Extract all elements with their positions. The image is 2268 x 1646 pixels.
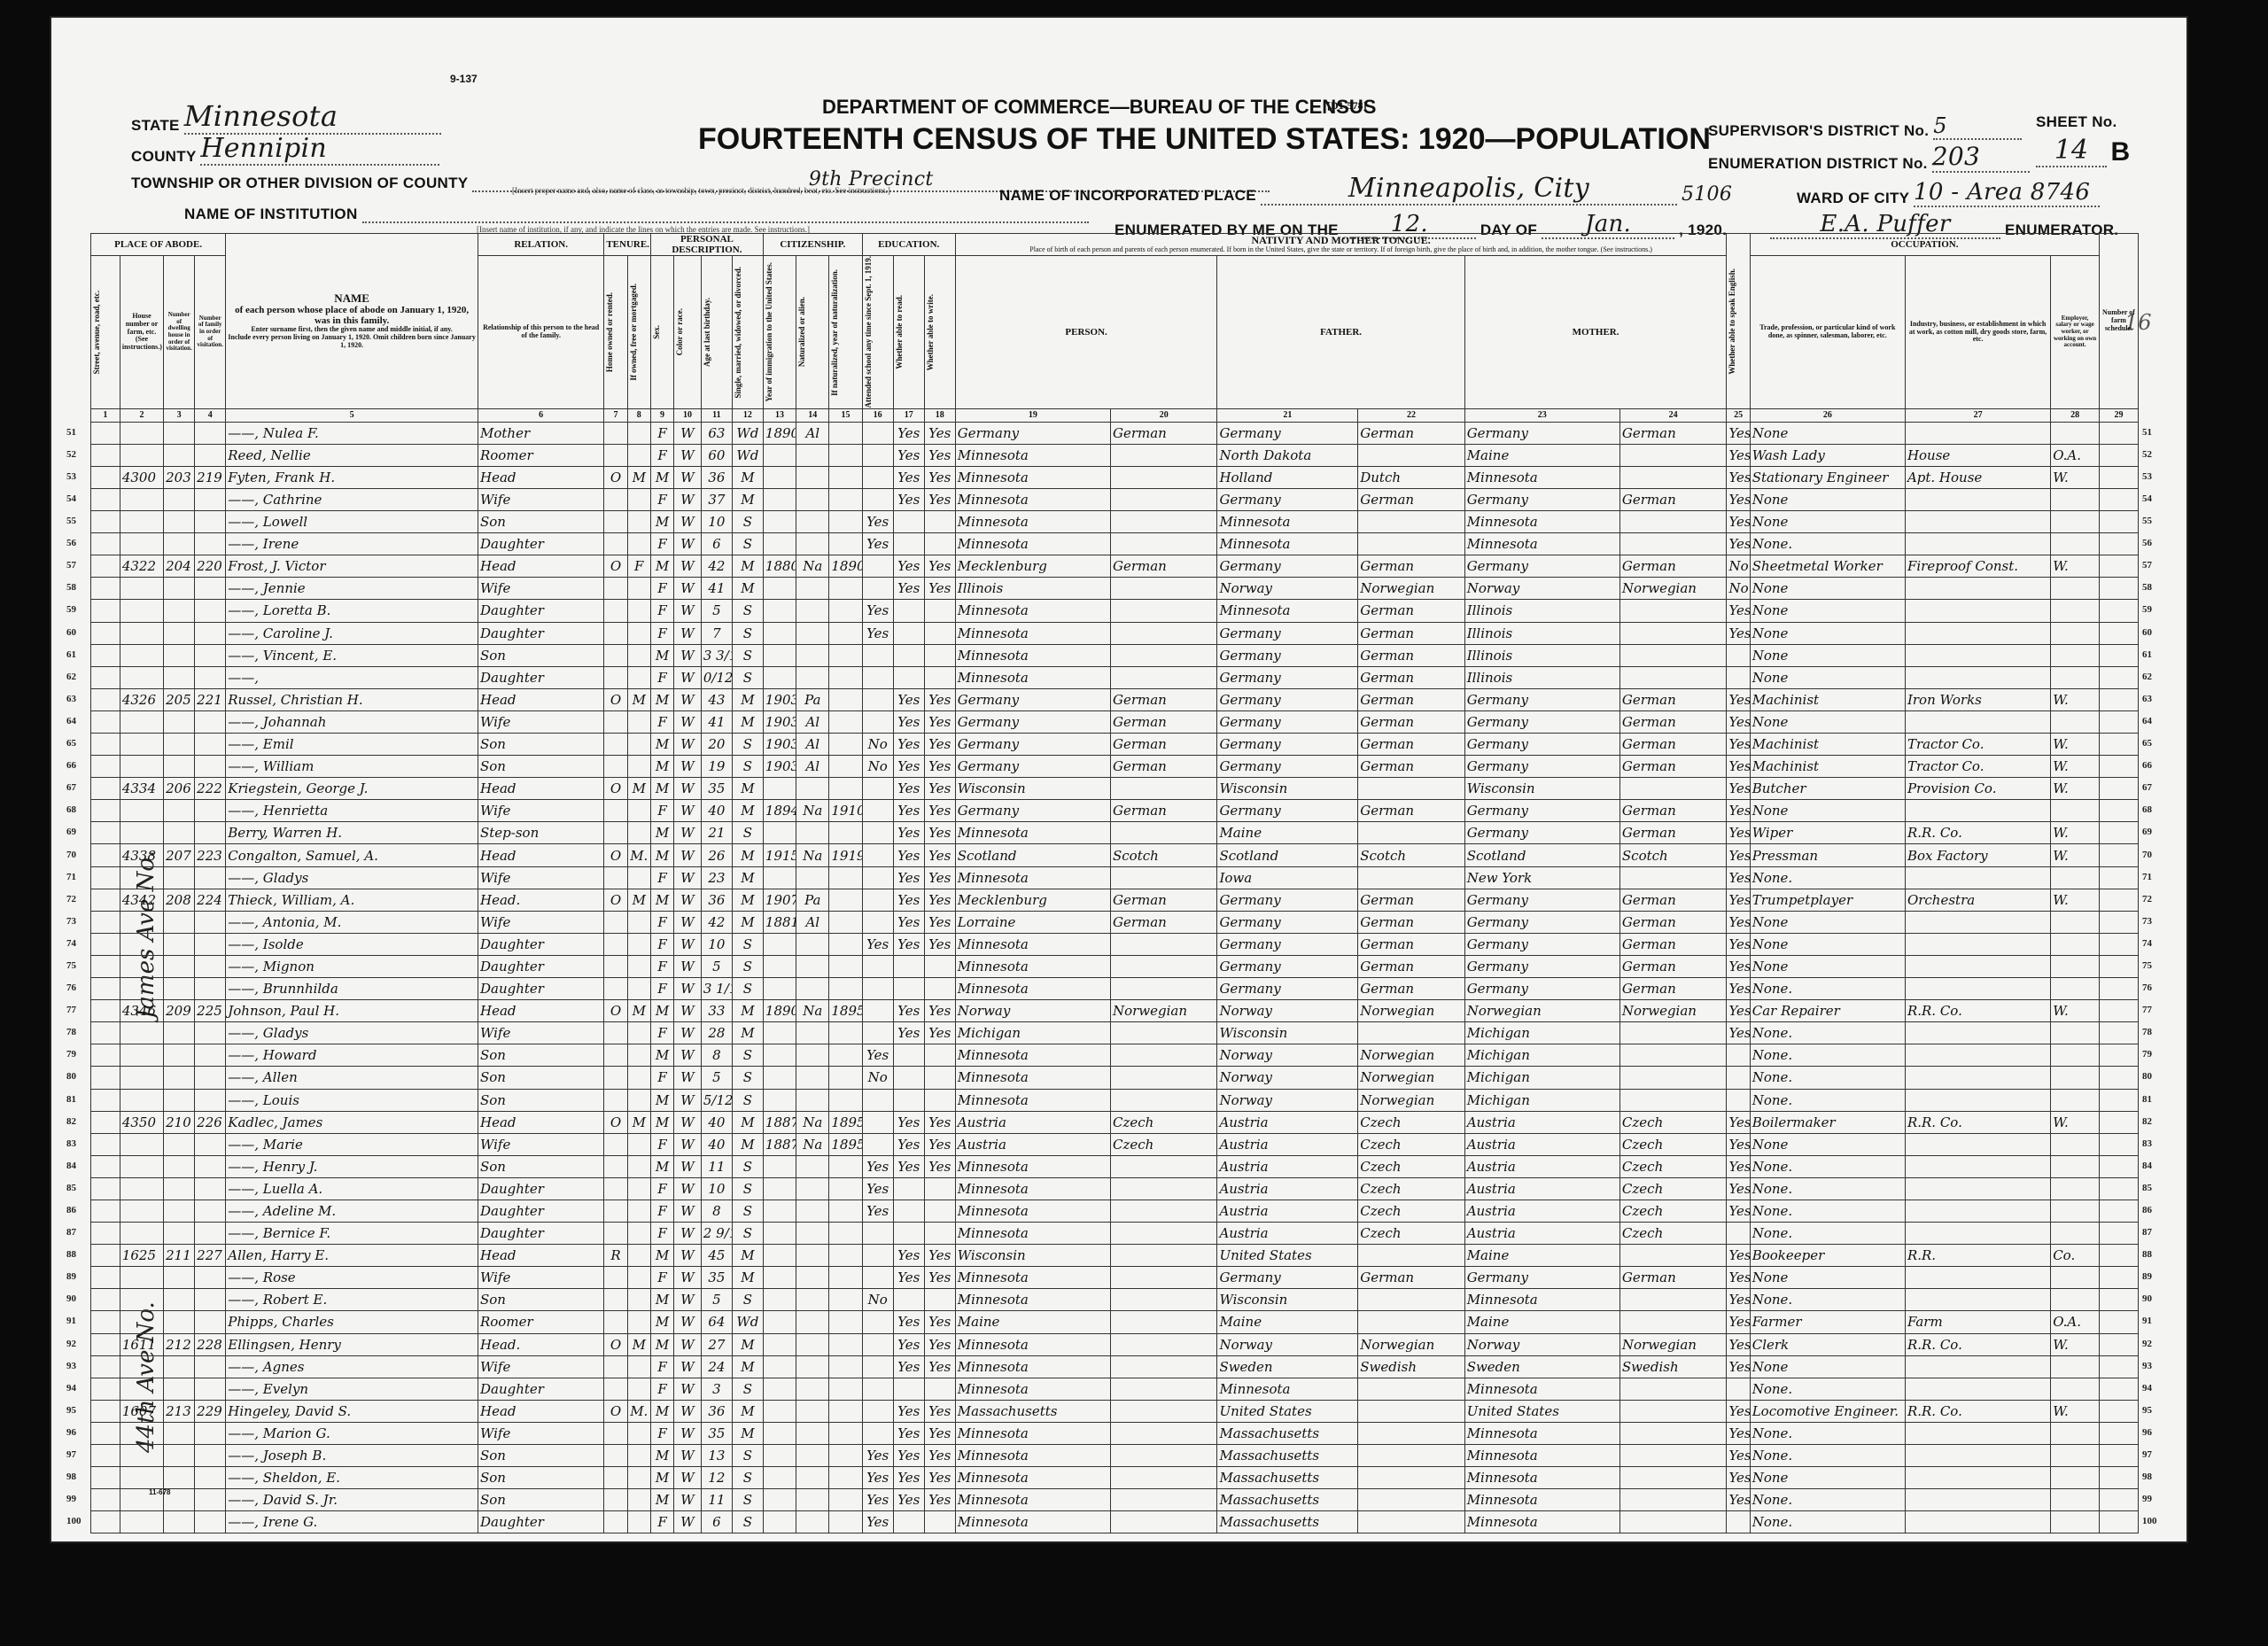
mother-mother-tongue-cell	[1619, 1422, 1727, 1444]
header-c9-text: Sex.	[653, 325, 662, 339]
mother-birthplace-cell: Illinois	[1464, 600, 1619, 622]
table-row: ——, GladysWifeFW28MYesYesMichiganWiscons…	[91, 1022, 2139, 1044]
worker-class-cell: W.	[2051, 1111, 2100, 1133]
dwelling-number-cell	[164, 578, 195, 600]
house-number-cell	[120, 955, 163, 977]
mother-mother-tongue-cell	[1619, 778, 1727, 800]
family-number-cell	[195, 822, 226, 844]
dwelling-number-cell	[164, 710, 195, 733]
speaks-english-cell	[1727, 1044, 1750, 1067]
header-tenure: TENURE.	[604, 234, 651, 256]
age-cell: 26	[701, 844, 732, 866]
father-birthplace-cell: Iowa	[1217, 866, 1358, 889]
dwelling-number-cell	[164, 1489, 195, 1511]
industry-cell: R.R. Co.	[1905, 1111, 2050, 1133]
read-cell: Yes	[893, 1355, 924, 1378]
table-row: ——, WilliamSonMW19S1903AlNoYesYesGermany…	[91, 756, 2139, 778]
sex-cell: F	[650, 1223, 673, 1245]
naturalization-year-cell	[829, 622, 862, 644]
mother-birthplace-cell: Minnesota	[1464, 1489, 1619, 1511]
father-tongue-cell: German	[1358, 666, 1464, 688]
line-number: 64	[2142, 716, 2152, 726]
trade-cell: None.	[1750, 1022, 1905, 1044]
father-tongue-cell	[1358, 1422, 1464, 1444]
industry-cell: R.R. Co.	[1905, 1000, 2050, 1022]
line-number: 67	[66, 782, 76, 793]
father-tongue-cell: Czech	[1358, 1200, 1464, 1222]
immigration-year-cell	[763, 1155, 796, 1177]
line-number: 67	[2142, 782, 2152, 793]
worker-class-cell: W.	[2051, 466, 2100, 488]
race-cell: W	[674, 1333, 702, 1355]
naturalized-cell	[796, 1489, 829, 1511]
father-birthplace-cell: Norway	[1217, 1067, 1358, 1089]
naturalization-year-cell	[829, 978, 862, 1000]
naturalized-cell	[796, 578, 829, 600]
naturalized-cell	[796, 1223, 829, 1245]
mortgage-cell: M	[627, 1000, 650, 1022]
mortgage-cell	[627, 1289, 650, 1311]
worker-class-cell	[2051, 955, 2100, 977]
line-number: 51	[66, 427, 76, 438]
school-cell	[862, 1245, 893, 1267]
name-cell: ——, Mignon	[226, 955, 478, 977]
header-c25-text: Whether able to speak English.	[1728, 268, 1737, 375]
mother-tongue-cell	[1110, 622, 1216, 644]
mother-tongue-cell	[1110, 1044, 1216, 1067]
mother-mother-tongue-cell: German	[1619, 822, 1727, 844]
school-cell	[862, 1400, 893, 1422]
race-cell: W	[674, 1511, 702, 1533]
farm-schedule-cell	[2099, 1355, 2138, 1378]
age-cell: 41	[701, 578, 732, 600]
birthplace-cell: Minnesota	[955, 533, 1110, 555]
farm-schedule-cell	[2099, 555, 2138, 578]
dwelling-number-cell	[164, 1355, 195, 1378]
immigration-year-cell	[763, 1333, 796, 1355]
relation-cell: Daughter	[478, 666, 603, 688]
trade-cell: None	[1750, 578, 1905, 600]
relation-cell: Son	[478, 1044, 603, 1067]
house-number-cell: 4346	[120, 1000, 163, 1022]
read-cell: Yes	[893, 1000, 924, 1022]
relation-cell: Wife	[478, 1422, 603, 1444]
mortgage-cell	[627, 1133, 650, 1155]
dwelling-number-cell	[164, 1067, 195, 1089]
immigration-year-cell	[763, 1378, 796, 1400]
line-number: 93	[66, 1361, 76, 1371]
mother-mother-tongue-cell: German	[1619, 734, 1727, 756]
father-tongue-cell	[1358, 822, 1464, 844]
speaks-english-cell: Yes	[1727, 1022, 1750, 1044]
mother-tongue-cell	[1110, 1355, 1216, 1378]
table-row: ——, HenriettaWifeFW40M1894Na1910YesYesGe…	[91, 800, 2139, 822]
house-number-cell	[120, 1267, 163, 1289]
speaks-english-cell: Yes	[1727, 1422, 1750, 1444]
immigration-year-cell: 1887	[763, 1133, 796, 1155]
race-cell: W	[674, 622, 702, 644]
farm-schedule-cell	[2099, 444, 2138, 466]
race-cell: W	[674, 444, 702, 466]
naturalization-year-cell	[829, 756, 862, 778]
header-c29: Number of farm schedule.	[2099, 234, 2138, 409]
street-cell	[91, 1223, 120, 1245]
father-birthplace-cell: Massachusetts	[1217, 1511, 1358, 1533]
father-birthplace-cell: Germany	[1217, 710, 1358, 733]
birthplace-cell: Minnesota	[955, 1422, 1110, 1444]
school-cell	[862, 1223, 893, 1245]
naturalized-cell	[796, 1267, 829, 1289]
mortgage-cell: M.	[627, 1400, 650, 1422]
naturalization-year-cell	[829, 422, 862, 444]
speaks-english-cell: Yes	[1727, 488, 1750, 510]
dwelling-number-cell	[164, 666, 195, 688]
naturalized-cell	[796, 955, 829, 977]
read-cell	[893, 511, 924, 533]
relation-cell: Son	[478, 1489, 603, 1511]
naturalization-year-cell	[829, 533, 862, 555]
mother-mother-tongue-cell	[1619, 1089, 1727, 1111]
marital-status-cell: S	[732, 1511, 763, 1533]
street-cell	[91, 666, 120, 688]
mother-mother-tongue-cell	[1619, 1467, 1727, 1489]
age-cell: 0/12	[701, 666, 732, 688]
mother-birthplace-cell: Germany	[1464, 889, 1619, 911]
dwelling-number-cell	[164, 911, 195, 933]
home-owned-cell	[604, 1044, 627, 1067]
name-cell: ——, Loretta B.	[226, 600, 478, 622]
naturalization-year-cell	[829, 1378, 862, 1400]
family-number-cell	[195, 734, 226, 756]
home-owned-cell	[604, 1022, 627, 1044]
home-owned-cell	[604, 511, 627, 533]
mortgage-cell	[627, 933, 650, 955]
relation-cell: Son	[478, 1467, 603, 1489]
farm-schedule-cell	[2099, 1000, 2138, 1022]
school-cell	[862, 1422, 893, 1444]
worker-class-cell	[2051, 1445, 2100, 1467]
school-cell	[862, 911, 893, 933]
immigration-year-cell	[763, 1267, 796, 1289]
sex-cell: M	[650, 1467, 673, 1489]
house-number-cell	[120, 911, 163, 933]
father-tongue-cell: German	[1358, 488, 1464, 510]
header-c11: Age at last birthday.	[701, 256, 732, 409]
age-cell: 5/12	[701, 1089, 732, 1111]
race-cell: W	[674, 1445, 702, 1467]
relation-cell: Daughter	[478, 1511, 603, 1533]
marital-status-cell: M	[732, 578, 763, 600]
dwelling-number-cell	[164, 511, 195, 533]
naturalization-year-cell	[829, 866, 862, 889]
write-cell	[924, 1044, 955, 1067]
school-cell: No	[862, 734, 893, 756]
age-cell: 40	[701, 800, 732, 822]
name-cell: ——, Nulea F.	[226, 422, 478, 444]
mother-mother-tongue-cell: German	[1619, 688, 1727, 710]
street-cell	[91, 1111, 120, 1133]
column-number-13: 13	[763, 408, 796, 422]
naturalized-cell: Na	[796, 1000, 829, 1022]
relation-cell: Wife	[478, 866, 603, 889]
mother-mother-tongue-cell: German	[1619, 422, 1727, 444]
mother-tongue-cell: German	[1110, 911, 1216, 933]
speaks-english-cell: Yes	[1727, 1111, 1750, 1133]
father-tongue-cell: Norwegian	[1358, 1333, 1464, 1355]
trade-cell: None.	[1750, 533, 1905, 555]
street-cell	[91, 1200, 120, 1222]
house-number-cell	[120, 1355, 163, 1378]
table-row: ——, Caroline J.DaughterFW7SYesMinnesotaG…	[91, 622, 2139, 644]
line-number: 56	[66, 538, 76, 548]
worker-class-cell	[2051, 1489, 2100, 1511]
father-tongue-cell: German	[1358, 955, 1464, 977]
immigration-year-cell	[763, 955, 796, 977]
name-cell: ——, Henry J.	[226, 1155, 478, 1177]
table-row: ——, MignonDaughterFW5SMinnesotaGermanyGe…	[91, 955, 2139, 977]
line-number: 52	[2142, 449, 2152, 460]
naturalization-year-cell	[829, 644, 862, 666]
trade-cell: None	[1750, 1267, 1905, 1289]
race-cell: W	[674, 1400, 702, 1422]
write-cell	[924, 1089, 955, 1111]
naturalized-cell	[796, 1511, 829, 1533]
marital-status-cell: S	[732, 1445, 763, 1467]
mother-tongue-cell	[1110, 466, 1216, 488]
home-owned-cell	[604, 933, 627, 955]
name-cell: ——, Evelyn	[226, 1378, 478, 1400]
supervisor-value: 5	[1933, 113, 2022, 140]
immigration-year-cell: 1881	[763, 911, 796, 933]
write-cell	[924, 1289, 955, 1311]
school-cell	[862, 1022, 893, 1044]
mortgage-cell	[627, 1245, 650, 1267]
mortgage-cell	[627, 1044, 650, 1067]
dwelling-number-cell	[164, 1267, 195, 1289]
name-cell: Fyten, Frank H.	[226, 466, 478, 488]
trade-cell: None.	[1750, 1511, 1905, 1533]
naturalization-year-cell	[829, 1400, 862, 1422]
read-cell: Yes	[893, 778, 924, 800]
write-cell: Yes	[924, 1467, 955, 1489]
naturalized-cell: Pa	[796, 688, 829, 710]
father-birthplace-cell: Austria	[1217, 1133, 1358, 1155]
naturalization-year-cell: 1890	[829, 555, 862, 578]
line-number: 88	[2142, 1249, 2152, 1260]
line-number: 57	[66, 560, 76, 571]
family-number-cell	[195, 1089, 226, 1111]
father-birthplace-cell: Massachusetts	[1217, 1445, 1358, 1467]
mortgage-cell	[627, 1089, 650, 1111]
home-owned-cell: O	[604, 1333, 627, 1355]
marital-status-cell: M	[732, 1133, 763, 1155]
mother-birthplace-cell: Germany	[1464, 555, 1619, 578]
race-cell: W	[674, 911, 702, 933]
worker-class-cell	[2051, 978, 2100, 1000]
age-cell: 43	[701, 688, 732, 710]
house-number-cell: 1611	[120, 1333, 163, 1355]
father-tongue-cell	[1358, 1022, 1464, 1044]
line-number: 81	[2142, 1094, 2152, 1105]
line-number: 92	[66, 1339, 76, 1349]
sex-cell: M	[650, 1245, 673, 1267]
house-number-cell	[120, 1177, 163, 1200]
dwelling-number-cell	[164, 866, 195, 889]
birthplace-cell: Minnesota	[955, 511, 1110, 533]
trade-cell: None	[1750, 488, 1905, 510]
house-number-cell	[120, 1511, 163, 1533]
name-cell: ——, Isolde	[226, 933, 478, 955]
birthplace-cell: Minnesota	[955, 1267, 1110, 1289]
race-cell: W	[674, 822, 702, 844]
trade-cell: Car Repairer	[1750, 1000, 1905, 1022]
line-number: 85	[2142, 1183, 2152, 1193]
father-tongue-cell: Dutch	[1358, 466, 1464, 488]
relation-cell: Daughter	[478, 1378, 603, 1400]
line-number: 91	[66, 1316, 76, 1326]
marital-status-cell: S	[732, 1467, 763, 1489]
trade-cell: None.	[1750, 1200, 1905, 1222]
mother-tongue-cell	[1110, 444, 1216, 466]
family-number-cell	[195, 533, 226, 555]
father-birthplace-cell: Minnesota	[1217, 600, 1358, 622]
mother-birthplace-cell: Germany	[1464, 422, 1619, 444]
line-number: 94	[66, 1383, 76, 1394]
read-cell: Yes	[893, 822, 924, 844]
worker-class-cell: W.	[2051, 1400, 2100, 1422]
father-birthplace-cell: Germany	[1217, 422, 1358, 444]
street-cell	[91, 822, 120, 844]
race-cell: W	[674, 866, 702, 889]
name-cell: Kriegstein, George J.	[226, 778, 478, 800]
mortgage-cell	[627, 444, 650, 466]
home-owned-cell	[604, 1289, 627, 1311]
write-cell: Yes	[924, 800, 955, 822]
industry-cell	[1905, 422, 2050, 444]
school-cell: Yes	[862, 1200, 893, 1222]
name-cell: ——, Luella A.	[226, 1177, 478, 1200]
speaks-english-cell: Yes	[1727, 978, 1750, 1000]
line-number: 98	[66, 1471, 76, 1482]
mother-mother-tongue-cell: German	[1619, 911, 1727, 933]
worker-class-cell	[2051, 1422, 2100, 1444]
school-cell	[862, 1378, 893, 1400]
house-number-cell	[120, 622, 163, 644]
worker-class-cell	[2051, 1089, 2100, 1111]
immigration-year-cell	[763, 866, 796, 889]
immigration-year-cell	[763, 1022, 796, 1044]
school-cell	[862, 1000, 893, 1022]
father-tongue-cell: German	[1358, 1267, 1464, 1289]
family-number-cell	[195, 800, 226, 822]
write-cell: Yes	[924, 756, 955, 778]
table-row: Phipps, CharlesRoomerMW64WdYesYesMaineMa…	[91, 1311, 2139, 1333]
race-cell: W	[674, 600, 702, 622]
mother-mother-tongue-cell	[1619, 1311, 1727, 1333]
birthplace-cell: Minnesota	[955, 1200, 1110, 1222]
age-cell: 13	[701, 1445, 732, 1467]
age-cell: 23	[701, 866, 732, 889]
name-cell: ——, Howard	[226, 1044, 478, 1067]
school-cell	[862, 978, 893, 1000]
birthplace-cell: Minnesota	[955, 1467, 1110, 1489]
mother-birthplace-cell: Austria	[1464, 1200, 1619, 1222]
race-cell: W	[674, 1022, 702, 1044]
sex-cell: F	[650, 710, 673, 733]
read-cell: Yes	[893, 911, 924, 933]
write-cell	[924, 1177, 955, 1200]
name-cell: Congalton, Samuel, A.	[226, 844, 478, 866]
father-birthplace-cell: North Dakota	[1217, 444, 1358, 466]
table-row: ——, AgnesWifeFW24MYesYesMinnesotaSwedenS…	[91, 1355, 2139, 1378]
school-cell: Yes	[862, 622, 893, 644]
mortgage-cell	[627, 1355, 650, 1378]
table-row: ——, Irene G.DaughterFW6SYesMinnesotaMass…	[91, 1511, 2139, 1533]
age-cell: 3	[701, 1378, 732, 1400]
marital-status-cell: M	[732, 889, 763, 911]
header-c15-text: If naturalized, year of naturalization.	[831, 269, 840, 396]
industry-cell: R.R. Co.	[1905, 1400, 2050, 1422]
naturalization-year-cell	[829, 1467, 862, 1489]
industry-cell: Iron Works	[1905, 688, 2050, 710]
industry-cell	[1905, 1289, 2050, 1311]
sheet-field: 14 B	[2036, 135, 2130, 167]
dwelling-number-cell	[164, 1467, 195, 1489]
mother-birthplace-cell: New York	[1464, 866, 1619, 889]
line-number: 85	[66, 1183, 76, 1193]
naturalized-cell	[796, 1089, 829, 1111]
worker-class-cell: O.A.	[2051, 444, 2100, 466]
family-number-cell	[195, 933, 226, 955]
family-number-cell: 219	[195, 466, 226, 488]
line-number: 74	[66, 938, 76, 949]
line-number: 100	[2142, 1516, 2157, 1526]
dwelling-number-cell	[164, 1311, 195, 1333]
birthplace-cell: Illinois	[955, 578, 1110, 600]
mother-tongue-cell	[1110, 1445, 1216, 1467]
naturalization-year-cell	[829, 1511, 862, 1533]
mother-tongue-cell	[1110, 1155, 1216, 1177]
column-number-12: 12	[732, 408, 763, 422]
write-cell	[924, 1511, 955, 1533]
institution-field: NAME OF INSTITUTION	[184, 206, 1089, 223]
home-owned-cell	[604, 644, 627, 666]
dwelling-number-cell: 210	[164, 1111, 195, 1133]
marital-status-cell: S	[732, 1089, 763, 1111]
read-cell	[893, 1177, 924, 1200]
naturalized-cell	[796, 511, 829, 533]
relation-cell: Daughter	[478, 955, 603, 977]
father-birthplace-cell: Austria	[1217, 1223, 1358, 1245]
mother-birthplace-cell: Michigan	[1464, 1067, 1619, 1089]
relation-cell: Wife	[478, 1267, 603, 1289]
column-number-5: 5	[226, 408, 478, 422]
relation-cell: Son	[478, 734, 603, 756]
naturalization-year-cell	[829, 778, 862, 800]
naturalized-cell	[796, 1177, 829, 1200]
speaks-english-cell: Yes	[1727, 800, 1750, 822]
header-nativity-desc: Place of birth of each person and parent…	[958, 246, 1725, 254]
line-number: 83	[66, 1138, 76, 1149]
header-c18: Whether able to write.	[924, 256, 955, 409]
speaks-english-cell: Yes	[1727, 933, 1750, 955]
street-cell	[91, 1133, 120, 1155]
house-number-cell	[120, 533, 163, 555]
age-cell: 35	[701, 778, 732, 800]
worker-class-cell	[2051, 600, 2100, 622]
father-tongue-cell: German	[1358, 600, 1464, 622]
speaks-english-cell: Yes	[1727, 822, 1750, 844]
